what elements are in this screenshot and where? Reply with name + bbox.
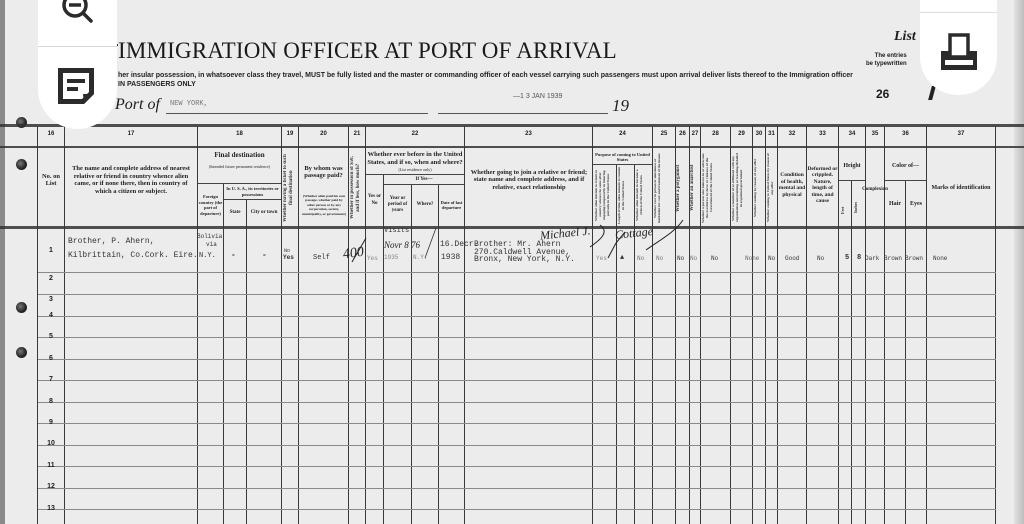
zoom-out-icon (56, 0, 98, 36)
print-button[interactable] (938, 32, 980, 74)
note-icon (54, 64, 100, 110)
toolbar-separator (38, 46, 117, 47)
handwriting-strokes (0, 0, 1024, 524)
toolbar-separator (920, 12, 997, 13)
print-icon (938, 32, 980, 74)
viewer-toolbar-left (38, 0, 117, 129)
zoom-out-button[interactable] (56, 0, 98, 36)
viewer-toolbar-right (920, 0, 997, 95)
census-document-page: IMMIGRATION OFFICER AT PORT OF ARRIVAL h… (0, 0, 1024, 524)
note-button[interactable] (54, 64, 100, 110)
